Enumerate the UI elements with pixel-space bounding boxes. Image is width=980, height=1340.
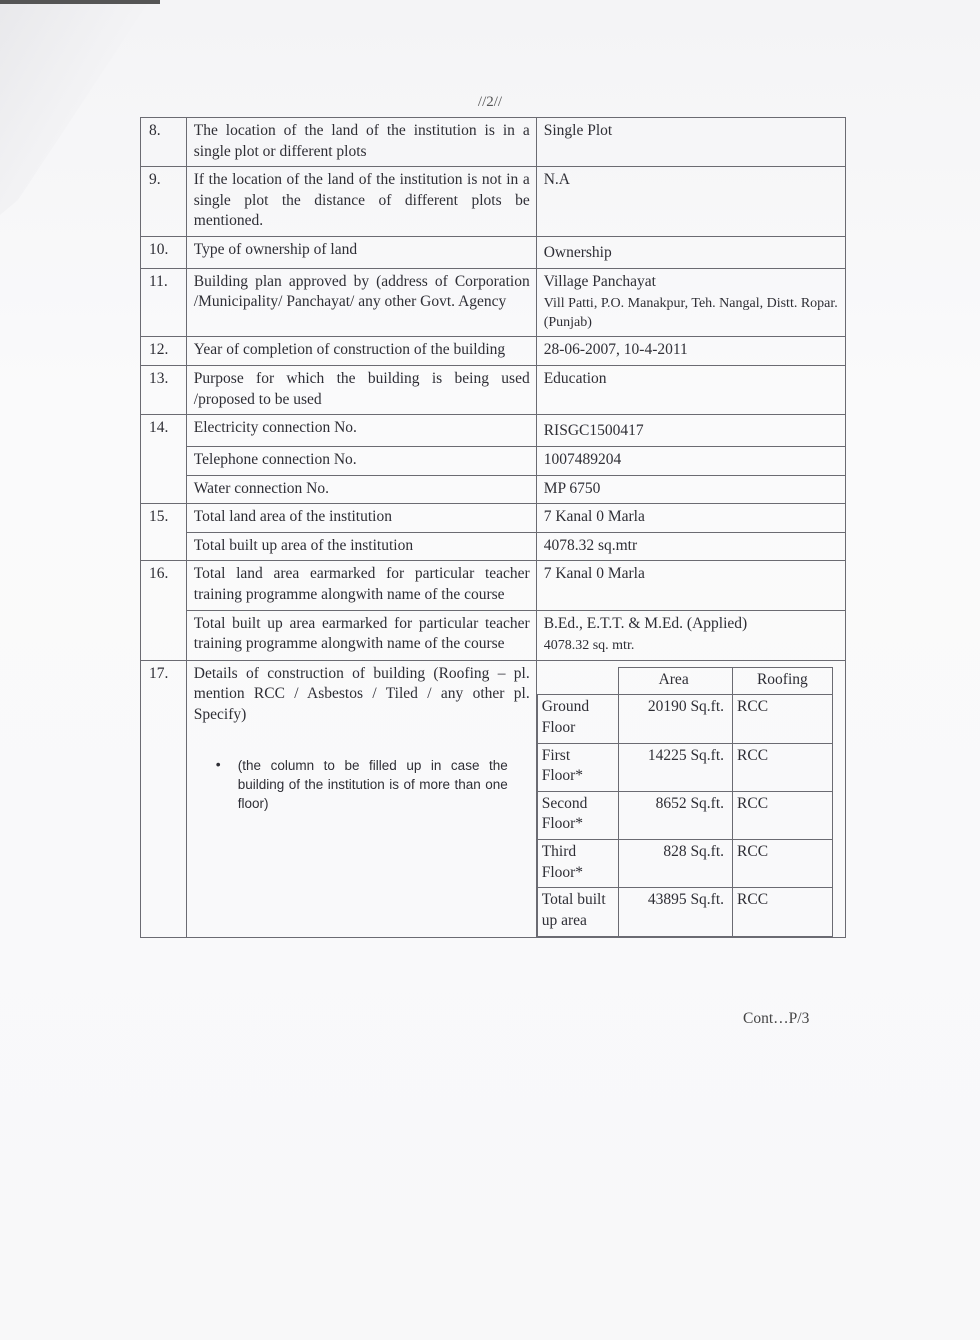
table-row: Water connection No. MP 6750 bbox=[141, 475, 846, 504]
row-number: 11. bbox=[141, 268, 187, 337]
floor-row: Second Floor* 8652 Sq.ft. RCC bbox=[537, 791, 832, 839]
question: Telephone connection No. bbox=[186, 446, 536, 475]
row-number: 14. bbox=[141, 415, 187, 504]
table-row: Total built up area earmarked for partic… bbox=[141, 610, 846, 660]
answer: 4078.32 sq.mtr bbox=[536, 532, 845, 561]
floor-table-cell: Area Roofing Ground Floor 20190 Sq.ft. R… bbox=[536, 660, 845, 937]
page-marker: //2// bbox=[0, 94, 980, 111]
floor-roofing: RCC bbox=[733, 888, 833, 936]
question: Total built up area of the institution bbox=[186, 532, 536, 561]
floor-name: First Floor* bbox=[537, 743, 619, 791]
question: Electricity connection No. bbox=[186, 415, 536, 447]
table-row: Total built up area of the institution 4… bbox=[141, 532, 846, 561]
roofing-header: Roofing bbox=[733, 667, 833, 695]
floor-roofing: RCC bbox=[733, 791, 833, 839]
row-number: 9. bbox=[141, 167, 187, 237]
question: Total land area earmarked for particular… bbox=[186, 561, 536, 610]
question: Details of construction of building (Roo… bbox=[194, 664, 530, 726]
answer: Education bbox=[536, 366, 845, 415]
floor-area: 828 Sq.ft. bbox=[619, 840, 733, 888]
row-number: 12. bbox=[141, 337, 187, 366]
floor-name: Ground Floor bbox=[537, 695, 619, 743]
answer-cell: Village Panchayat Vill Patti, P.O. Manak… bbox=[536, 268, 845, 337]
question: If the location of the land of the insti… bbox=[186, 167, 536, 237]
question: The location of the land of the institut… bbox=[186, 118, 536, 167]
table-row: Telephone connection No. 1007489204 bbox=[141, 446, 846, 475]
floor-roofing: RCC bbox=[733, 840, 833, 888]
question: Purpose for which the building is being … bbox=[186, 366, 536, 415]
continuation-note: Cont…P/3 bbox=[743, 1010, 809, 1028]
question: Total land area of the institution bbox=[186, 504, 536, 533]
question: Total built up area earmarked for partic… bbox=[186, 610, 536, 660]
row-number: 16. bbox=[141, 561, 187, 660]
answer: MP 6750 bbox=[536, 475, 845, 504]
row-number: 15. bbox=[141, 504, 187, 561]
answer-area: 4078.32 sq. mtr. bbox=[544, 637, 839, 656]
floor-name: Total built up area bbox=[537, 888, 619, 936]
floor-area: 43895 Sq.ft. bbox=[619, 888, 733, 936]
question: Year of completion of construction of th… bbox=[186, 337, 536, 366]
area-header: Area bbox=[619, 667, 733, 695]
answer: RISGC1500417 bbox=[536, 415, 845, 447]
answer: Village Panchayat bbox=[544, 273, 656, 290]
floor-total-row: Total built up area 43895 Sq.ft. RCC bbox=[537, 888, 832, 936]
answer: Single Plot bbox=[536, 118, 845, 167]
answer-address: Vill Patti, P.O. Manakpur, Teh. Nangal, … bbox=[544, 295, 839, 332]
answer: 7 Kanal 0 Marla bbox=[536, 561, 845, 610]
table-row: 17. Details of construction of building … bbox=[141, 660, 846, 937]
answer-cell: B.Ed., E.T.T. & M.Ed. (Applied) 4078.32 … bbox=[536, 610, 845, 660]
row-number: 10. bbox=[141, 237, 187, 269]
table-row: 10. Type of ownership of land Ownership bbox=[141, 237, 846, 269]
table-row: 15. Total land area of the institution 7… bbox=[141, 504, 846, 533]
floor-header-row: Area Roofing bbox=[537, 667, 832, 695]
table-row: 12. Year of completion of construction o… bbox=[141, 337, 846, 366]
floor-area: 8652 Sq.ft. bbox=[619, 791, 733, 839]
question: Type of ownership of land bbox=[186, 237, 536, 269]
floor-row: Third Floor* 828 Sq.ft. RCC bbox=[537, 840, 832, 888]
answer: 28-06-2007, 10-4-2011 bbox=[536, 337, 845, 366]
row-number: 8. bbox=[141, 118, 187, 167]
floor-details-table: Area Roofing Ground Floor 20190 Sq.ft. R… bbox=[537, 667, 833, 937]
floor-row: First Floor* 14225 Sq.ft. RCC bbox=[537, 743, 832, 791]
row-number: 13. bbox=[141, 366, 187, 415]
floor-row: Ground Floor 20190 Sq.ft. RCC bbox=[537, 695, 832, 743]
floor-note: (the column to be filled up in case the … bbox=[216, 756, 508, 813]
table-row: 16. Total land area earmarked for partic… bbox=[141, 561, 846, 610]
question: Water connection No. bbox=[186, 475, 536, 504]
table-row: 13. Purpose for which the building is be… bbox=[141, 366, 846, 415]
form-table: 8. The location of the land of the insti… bbox=[140, 117, 846, 938]
scan-edge bbox=[0, 0, 160, 4]
answer: 1007489204 bbox=[536, 446, 845, 475]
floor-roofing: RCC bbox=[733, 695, 833, 743]
row-number: 17. bbox=[141, 660, 187, 937]
floor-roofing: RCC bbox=[733, 743, 833, 791]
table-row: 11. Building plan approved by (address o… bbox=[141, 268, 846, 337]
question-cell: Details of construction of building (Roo… bbox=[186, 660, 536, 937]
question: Building plan approved by (address of Co… bbox=[186, 268, 536, 337]
floor-name: Second Floor* bbox=[537, 791, 619, 839]
floor-area: 14225 Sq.ft. bbox=[619, 743, 733, 791]
floor-area: 20190 Sq.ft. bbox=[619, 695, 733, 743]
table-row: 9. If the location of the land of the in… bbox=[141, 167, 846, 237]
answer: 7 Kanal 0 Marla bbox=[536, 504, 845, 533]
table-row: 14. Electricity connection No. RISGC1500… bbox=[141, 415, 846, 447]
blank-header bbox=[537, 667, 619, 695]
table-row: 8. The location of the land of the insti… bbox=[141, 118, 846, 167]
answer: B.Ed., E.T.T. & M.Ed. (Applied) bbox=[544, 615, 747, 632]
floor-name: Third Floor* bbox=[537, 840, 619, 888]
answer: N.A bbox=[536, 167, 845, 237]
answer: Ownership bbox=[536, 237, 845, 269]
